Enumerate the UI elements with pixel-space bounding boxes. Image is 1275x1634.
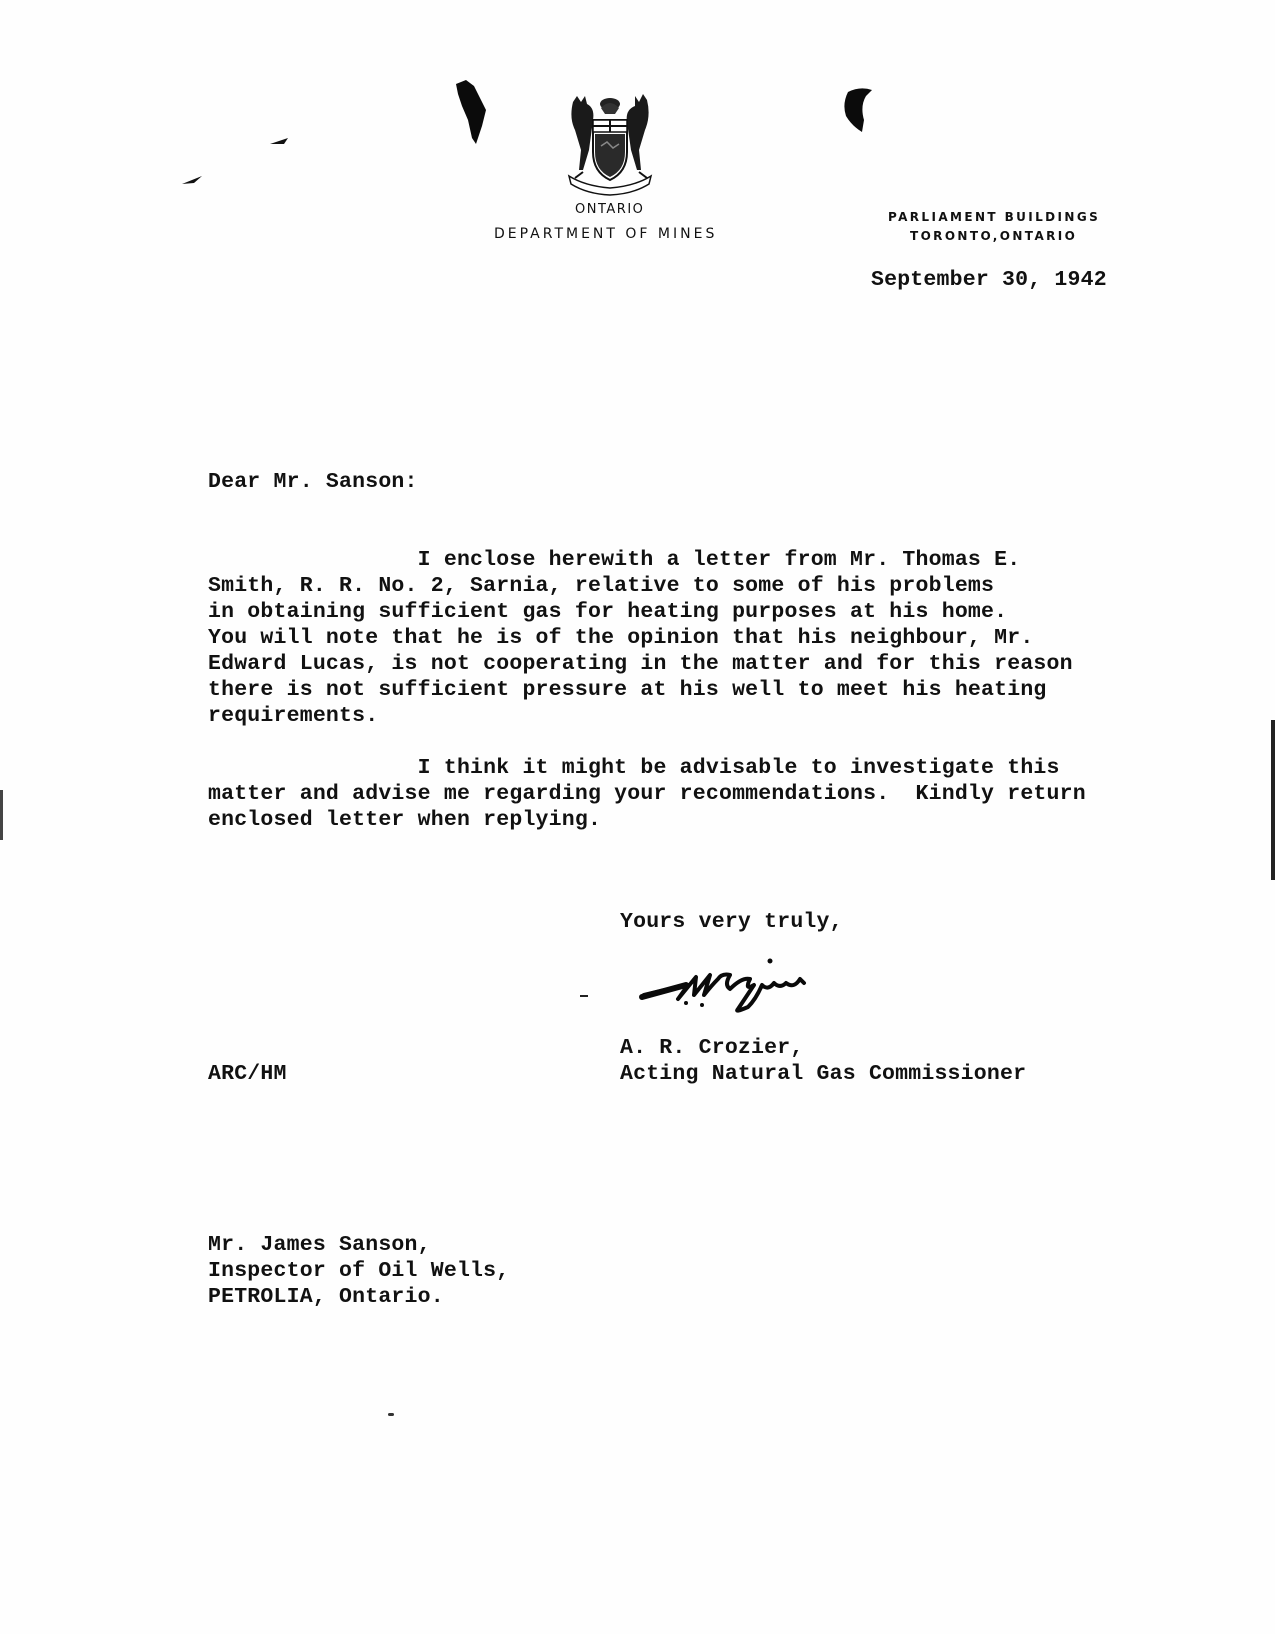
body-line: Smith, R. R. No. 2, Sarnia, relative to …: [208, 573, 1073, 599]
body-line: requirements.: [208, 703, 1073, 729]
body-paragraph-2: I think it might be advisable to investi…: [208, 755, 1086, 833]
recipient-location: PETROLIA, Ontario.: [208, 1284, 509, 1310]
scan-edge-decoration: [1271, 720, 1275, 880]
ink-blot-decoration: [452, 78, 502, 153]
closing: Yours very truly,: [620, 909, 843, 935]
scan-edge-decoration: [0, 790, 3, 840]
body-line: enclosed letter when replying.: [208, 807, 1086, 833]
recipient-address: Mr. James Sanson, Inspector of Oil Wells…: [208, 1232, 509, 1310]
letter-page: ONTARIO DEPARTMENT OF MINES PARLIAMENT B…: [0, 0, 1275, 1634]
recipient-name: Mr. James Sanson,: [208, 1232, 509, 1258]
ink-mark-decoration: [180, 174, 210, 188]
letterhead-address-line2: TORONTO,ONTARIO: [910, 229, 1077, 243]
ink-dot-decoration: [580, 995, 588, 997]
coat-of-arms-icon: [555, 90, 665, 200]
ink-mark-decoration: [268, 134, 298, 148]
crest-label: ONTARIO: [575, 202, 644, 217]
ink-blot-decoration: [838, 86, 888, 146]
handwritten-signature-icon: [638, 955, 858, 1015]
body-line: Edward Lucas, is not cooperating in the …: [208, 651, 1073, 677]
body-paragraph-1: I enclose herewith a letter from Mr. Tho…: [208, 547, 1073, 729]
reference-initials: ARC/HM: [208, 1061, 287, 1087]
body-line: there is not sufficient pressure at his …: [208, 677, 1073, 703]
recipient-title: Inspector of Oil Wells,: [208, 1258, 509, 1284]
body-line: matter and advise me regarding your reco…: [208, 781, 1086, 807]
letter-date: September 30, 1942: [871, 267, 1107, 293]
ink-dot-decoration: [388, 1413, 394, 1416]
body-line: I think it might be advisable to investi…: [208, 755, 1086, 781]
body-line: I enclose herewith a letter from Mr. Tho…: [208, 547, 1073, 573]
body-line: You will note that he is of the opinion …: [208, 625, 1073, 651]
salutation: Dear Mr. Sanson:: [208, 469, 418, 495]
letterhead-address-line1: PARLIAMENT BUILDINGS: [888, 210, 1100, 224]
signatory-title: Acting Natural Gas Commissioner: [620, 1061, 1026, 1087]
department-name: DEPARTMENT OF MINES: [494, 226, 717, 242]
body-line: in obtaining sufficient gas for heating …: [208, 599, 1073, 625]
signatory-name: A. R. Crozier,: [620, 1035, 803, 1061]
